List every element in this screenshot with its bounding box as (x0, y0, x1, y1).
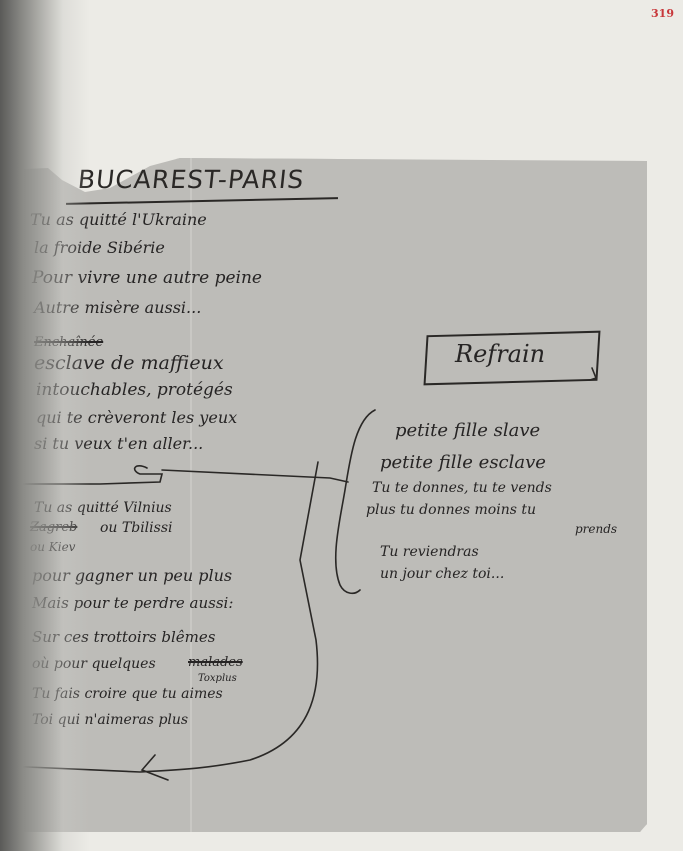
refrain-line: un jour chez toi... (380, 566, 504, 582)
verse-line: où pour quelques (32, 656, 156, 672)
refrain-label: Refrain (455, 340, 545, 368)
refrain-line: petite fille esclave (380, 452, 546, 473)
refrain-line: petite fille slave (395, 420, 540, 441)
verse-line: Toi qui n'aimeras plus (32, 712, 188, 728)
verse-line: Autre misère aussi... (34, 298, 201, 317)
verse-line: si tu veux t'en aller... (34, 434, 203, 453)
verse-line: Pour vivre une autre peine (32, 268, 262, 288)
verse-line: Tu fais croire que tu aimes (32, 686, 223, 702)
refrain-line: plus tu donnes moins tu (366, 502, 536, 518)
verse-line: Tu as quitté Vilnius (34, 500, 172, 516)
verse-line: intouchables, protégés (36, 380, 233, 400)
verse-line: pour gagner un peu plus (32, 566, 232, 585)
verse-line: la froide Sibérie (34, 238, 165, 257)
struck-word: Zagreb (30, 520, 77, 535)
verse-line: esclave de maffieux (34, 352, 224, 374)
inserted-word: Toxplus (198, 673, 237, 684)
manuscript-title: BUCAREST-PARIS (76, 165, 305, 194)
refrain-line: prends (575, 522, 617, 536)
verse-line: ou Tbilissi (100, 520, 172, 536)
refrain-line: Tu te donnes, tu te vends (372, 480, 552, 496)
refrain-line: Tu reviendras (380, 544, 479, 560)
verse-line: Mais pour te perdre aussi: (32, 594, 233, 612)
verse-line: Sur ces trottoirs blêmes (32, 628, 215, 646)
verse-line: ou Kiev (30, 540, 75, 554)
verse-line: qui te crèveront les yeux (36, 408, 237, 427)
page-number: 319 (651, 7, 674, 20)
struck-word: malades (188, 655, 243, 670)
struck-word: Enchaînée (34, 335, 103, 350)
verse-line: Tu as quitté l'Ukraine (30, 210, 207, 229)
